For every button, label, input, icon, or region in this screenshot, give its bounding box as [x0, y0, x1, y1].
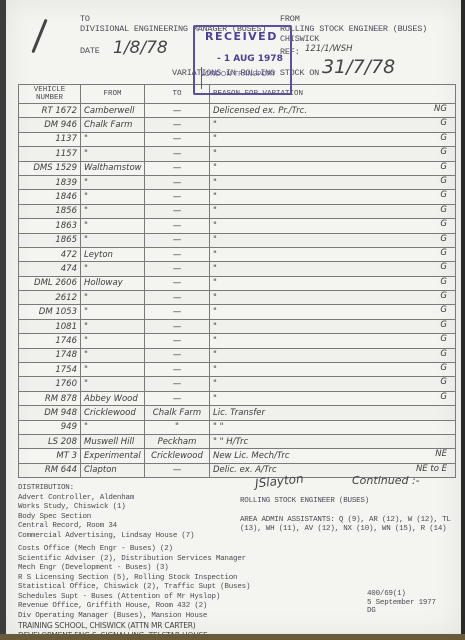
form-footer: 400/69(1) 5 September 1977 DG [367, 590, 436, 616]
reason-cell: "G [210, 147, 456, 161]
table-row: 1748"—"G [19, 348, 456, 362]
variations-table: VEHICLE NUMBER FROM TO REASON FOR VARIAT… [18, 84, 456, 478]
distribution-item: Div Operating Manager (Buses), Mansion H… [18, 612, 250, 622]
from-garage: " [81, 175, 145, 189]
table-row: 474"—"G [19, 262, 456, 276]
ref-value: 121/1/WSH [305, 44, 353, 54]
from-garage: " [81, 334, 145, 348]
category-code: G [440, 320, 447, 330]
to-garage: — [145, 334, 210, 348]
table-row: DM 948CricklewoodChalk FarmLic. Transfer [19, 406, 456, 420]
reason-text: " [213, 221, 217, 231]
category-code: NE to E [416, 464, 447, 474]
distribution-item: Statistical Office, Chiswick (2), Traffi… [18, 583, 250, 593]
category-code: G [440, 248, 447, 258]
table-row: RM 878Abbey Wood—"G [19, 391, 456, 405]
to-label: TO [80, 14, 90, 24]
vehicle-number: 1746 [19, 334, 81, 348]
reason-text: " " [213, 422, 224, 432]
table-row: 1081"—"G [19, 319, 456, 333]
table-row: DML 2606Holloway—"G [19, 276, 456, 290]
vehicle-number: 474 [19, 262, 81, 276]
from-garage: Experimental [81, 449, 145, 463]
to-garage: — [145, 219, 210, 233]
reason-text: " [213, 322, 217, 332]
table-row: DM 946Chalk Farm—"G [19, 118, 456, 132]
form-number: 400/69(1) [367, 590, 436, 599]
category-code: G [440, 377, 447, 387]
to-garage: — [145, 147, 210, 161]
reason-text: " [213, 206, 217, 216]
distribution-item: R S Licensing Section (5), Rolling Stock… [18, 574, 250, 584]
category-code: NE [435, 449, 447, 459]
table-row: DMS 1529Walthamstow—"G [19, 161, 456, 175]
from-garage: " [81, 363, 145, 377]
variations-date: 31/7/78 [322, 56, 395, 78]
vehicle-number: 1748 [19, 348, 81, 362]
reason-cell: "G [210, 291, 456, 305]
from-garage: " [81, 348, 145, 362]
reason-cell: "G [210, 233, 456, 247]
table-row: 1865"—"G [19, 233, 456, 247]
distribution-item: Works Study, Chiswick (1) [18, 503, 250, 513]
category-code: G [440, 392, 447, 402]
table-row: 1846"—"G [19, 190, 456, 204]
table-row: 1839"—"G [19, 175, 456, 189]
continued-note: Continued :- [352, 474, 420, 487]
to-garage: — [145, 463, 210, 477]
reason-text: Lic. Transfer [213, 408, 265, 418]
to-garage: — [145, 175, 210, 189]
reason-cell: "G [210, 219, 456, 233]
reason-text: " [213, 394, 217, 404]
to-garage: — [145, 233, 210, 247]
reason-text: " [213, 365, 217, 375]
stamp-received-label: RECEIVED [205, 30, 278, 43]
table-row: 472Leyton—"G [19, 247, 456, 261]
to-garage: Peckham [145, 434, 210, 448]
to-garage: — [145, 363, 210, 377]
category-code: G [440, 118, 447, 128]
scan-border-bottom [0, 634, 465, 640]
to-garage: — [145, 276, 210, 290]
from-garage: Cricklewood [81, 406, 145, 420]
to-garage: Cricklewood [145, 449, 210, 463]
reason-text: Delicensed ex. Pr./Trc. [213, 106, 307, 116]
reason-text: " [213, 379, 217, 389]
vehicle-number: RM 878 [19, 391, 81, 405]
table-row: 1754"—"G [19, 363, 456, 377]
scan-border-right [461, 0, 465, 640]
reason-cell: Lic. Transfer [210, 406, 456, 420]
distribution-block: DISTRIBUTION: Advert Controller, Aldenha… [18, 484, 250, 640]
category-code: G [440, 147, 447, 157]
reason-text: " [213, 235, 217, 245]
from-label: FROM [280, 14, 300, 24]
vehicle-number: DMS 1529 [19, 161, 81, 175]
from-garage: Muswell Hill [81, 434, 145, 448]
vehicle-number: 1754 [19, 363, 81, 377]
from-garage: Walthamstow [81, 161, 145, 175]
received-stamp: RECEIVED - 1 AUG 1978 LONDON TRANSPORT [193, 25, 292, 95]
to-garage: — [145, 247, 210, 261]
reason-cell: "G [210, 204, 456, 218]
vehicle-number: 2612 [19, 291, 81, 305]
from-garage: Clapton [81, 463, 145, 477]
vehicle-number: LS 208 [19, 434, 81, 448]
reason-cell: " " [210, 420, 456, 434]
from-value: ROLLING STOCK ENGINEER (BUSES) [280, 24, 427, 34]
signatory-title: ROLLING STOCK ENGINEER (BUSES) [240, 496, 369, 506]
category-code: G [440, 305, 447, 315]
vehicle-number: RM 644 [19, 463, 81, 477]
reason-cell: "G [210, 276, 456, 290]
table-row: LS 208Muswell HillPeckham" " H/Trc [19, 434, 456, 448]
from-garage: Camberwell [81, 104, 145, 118]
reason-cell: "G [210, 363, 456, 377]
reason-text: " [213, 278, 217, 288]
vehicle-number: 1137 [19, 132, 81, 146]
category-code: G [440, 234, 447, 244]
table-row: DM 1053"—"G [19, 305, 456, 319]
distribution-item: Revenue Office, Griffith House, Room 432… [18, 602, 250, 612]
header-vehicle-number: VEHICLE NUMBER [19, 85, 81, 104]
from-garage: " [81, 305, 145, 319]
reason-text: " [213, 250, 217, 260]
vehicle-number: 1863 [19, 219, 81, 233]
reason-text: " [213, 336, 217, 346]
reason-text: Delic. ex. A/Trc [213, 465, 277, 475]
table-row: 1760"—"G [19, 377, 456, 391]
reason-cell: "G [210, 190, 456, 204]
from-garage: " [81, 233, 145, 247]
to-garage: — [145, 190, 210, 204]
to-garage: — [145, 377, 210, 391]
category-code: G [440, 219, 447, 229]
category-code: G [440, 190, 447, 200]
to-garage: " [145, 420, 210, 434]
reason-cell: "G [210, 305, 456, 319]
vehicle-number: DM 1053 [19, 305, 81, 319]
vehicle-number: DM 948 [19, 406, 81, 420]
category-code: G [440, 277, 447, 287]
reason-cell: "G [210, 175, 456, 189]
distribution-item: Advert Controller, Aldenham [18, 494, 250, 504]
from-garage: " [81, 291, 145, 305]
table-row: 1157"—"G [19, 147, 456, 161]
reason-cell: "G [210, 334, 456, 348]
vehicle-number: 1760 [19, 377, 81, 391]
reason-text: " [213, 192, 217, 202]
reason-text: New Lic. Mech/Trc [213, 451, 290, 461]
table-row: 1856"—"G [19, 204, 456, 218]
vehicle-number: 1846 [19, 190, 81, 204]
to-garage: — [145, 118, 210, 132]
to-garage: — [145, 204, 210, 218]
table-row: MT 3ExperimentalCricklewoodNew Lic. Mech… [19, 449, 456, 463]
reason-text: " [213, 134, 217, 144]
reason-text: " " H/Trc [213, 437, 248, 447]
reason-cell: "G [210, 118, 456, 132]
reason-cell: "G [210, 161, 456, 175]
from-garage: " [81, 204, 145, 218]
reason-text: " [213, 293, 217, 303]
distribution-item: Schedules Supt - Buses (Attention of Mr … [18, 593, 250, 603]
printer-code: DG [367, 607, 436, 616]
table-row: 1137"—"G [19, 132, 456, 146]
vehicle-number: RT 1672 [19, 104, 81, 118]
table-row: 2612"—"G [19, 291, 456, 305]
distribution-item: Costs Office (Mech Engr - Buses) (2) [18, 545, 250, 555]
reason-text: " [213, 178, 217, 188]
distribution-handwritten-item: TRAINING SCHOOL, CHISWICK (ATTN MR CARTE… [18, 621, 250, 631]
vehicle-number: 1157 [19, 147, 81, 161]
category-code: G [440, 291, 447, 301]
category-code: G [440, 334, 447, 344]
category-code: G [440, 162, 447, 172]
distribution-item: Central Record, Room 34 [18, 522, 250, 532]
table-row: RT 1672Camberwell—Delicensed ex. Pr./Trc… [19, 104, 456, 118]
vehicle-number: 1856 [19, 204, 81, 218]
vehicle-number: DML 2606 [19, 276, 81, 290]
from-garage: Leyton [81, 247, 145, 261]
distribution-item: Body Spec Section [18, 513, 250, 523]
reason-text: " [213, 163, 217, 173]
to-garage: — [145, 319, 210, 333]
vehicle-number: 1865 [19, 233, 81, 247]
category-code: NG [434, 104, 447, 114]
reason-cell: "G [210, 319, 456, 333]
reason-cell: "G [210, 348, 456, 362]
to-garage: — [145, 291, 210, 305]
category-code: G [440, 363, 447, 373]
date-value: 1/8/78 [113, 38, 168, 58]
reason-cell: New Lic. Mech/TrcNE [210, 449, 456, 463]
from-garage: Chalk Farm [81, 118, 145, 132]
reason-cell: "G [210, 247, 456, 261]
reason-text: " [213, 120, 217, 130]
reason-cell: "G [210, 262, 456, 276]
form-date: 5 September 1977 [367, 599, 436, 608]
area-admin-assistants: AREA ADMIN ASSISTANTS: Q (9), AR (12), W… [240, 516, 455, 534]
to-garage: — [145, 161, 210, 175]
to-garage: — [145, 348, 210, 362]
reason-text: " [213, 264, 217, 274]
from-garage: " [81, 147, 145, 161]
vehicle-number: MT 3 [19, 449, 81, 463]
distribution-heading: DISTRIBUTION: [18, 484, 250, 494]
vehicle-number: 1839 [19, 175, 81, 189]
from-garage: " [81, 262, 145, 276]
category-code: G [440, 133, 447, 143]
distribution-item: Commercial Advertising, Lindsay House (7… [18, 532, 250, 542]
category-code: G [440, 262, 447, 272]
distribution-item: Mech Engr (Development - Buses) (3) [18, 564, 250, 574]
from-garage: " [81, 377, 145, 391]
vehicle-number: 949 [19, 420, 81, 434]
table-row: 949""" " [19, 420, 456, 434]
to-garage: — [145, 305, 210, 319]
to-garage: — [145, 262, 210, 276]
date-label: DATE [80, 46, 100, 56]
category-code: G [440, 205, 447, 215]
vehicle-number: 472 [19, 247, 81, 261]
from-garage: " [81, 420, 145, 434]
from-garage: Holloway [81, 276, 145, 290]
from-garage: " [81, 132, 145, 146]
reason-cell: "G [210, 391, 456, 405]
vehicle-number: 1081 [19, 319, 81, 333]
table-row: 1746"—"G [19, 334, 456, 348]
reason-cell: Delicensed ex. Pr./Trc.NG [210, 104, 456, 118]
table-row: 1863"—"G [19, 219, 456, 233]
to-garage: — [145, 104, 210, 118]
reason-text: " [213, 350, 217, 360]
distribution-item: Scientific Adviser (2), Distribution Ser… [18, 555, 250, 565]
vehicle-number: DM 946 [19, 118, 81, 132]
from-garage: " [81, 219, 145, 233]
category-code: G [440, 349, 447, 359]
reason-text: " [213, 307, 217, 317]
to-garage: — [145, 391, 210, 405]
header-from: FROM [81, 85, 145, 104]
stamp-organisation: LONDON TRANSPORT [201, 70, 275, 78]
stamp-date: - 1 AUG 1978 [217, 54, 283, 64]
from-garage: " [81, 319, 145, 333]
from-garage: Abbey Wood [81, 391, 145, 405]
reason-cell: "G [210, 132, 456, 146]
category-code: G [440, 176, 447, 186]
reason-cell: "G [210, 377, 456, 391]
to-garage: Chalk Farm [145, 406, 210, 420]
reason-cell: " " H/Trc [210, 434, 456, 448]
to-garage: — [145, 132, 210, 146]
from-garage: " [81, 190, 145, 204]
reason-text: " [213, 149, 217, 159]
